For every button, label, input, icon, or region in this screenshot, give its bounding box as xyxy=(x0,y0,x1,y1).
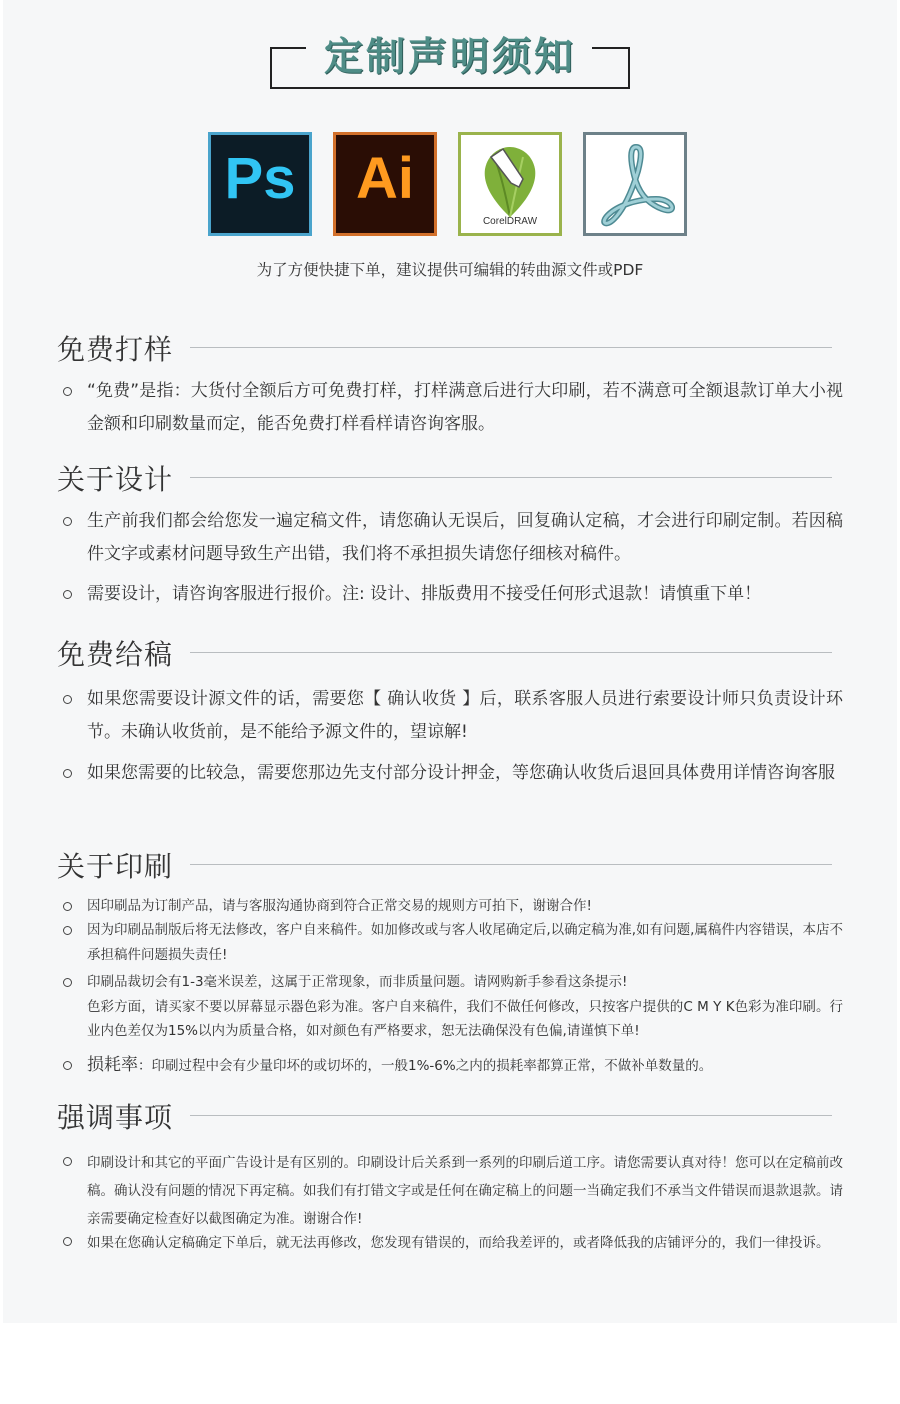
section-divider xyxy=(190,652,832,653)
bullet-icon xyxy=(63,387,72,396)
pdf-icon xyxy=(583,132,687,236)
section-divider xyxy=(190,864,832,865)
bullet-icon xyxy=(63,902,72,911)
list-item: 印刷设计和其它的平面广告设计是有区别的。印刷设计后关系到一系列的印刷后道工序。请… xyxy=(63,1149,843,1233)
list-item: “免费”是指：大货付全额后方可免费打样，打样满意后进行大印刷，若不满意可全额退款… xyxy=(63,375,843,441)
list-item: 需要设计，请咨询客服进行报价。注: 设计、排版费用不接受任何形式退款！请慎重下单… xyxy=(63,578,843,611)
page-title: 定制声明须知 xyxy=(300,26,600,82)
list-item: 因印刷品为订制产品，请与客服沟通协商到符合正常交易的规则方可拍下，谢谢合作! xyxy=(63,894,843,919)
bullet-icon xyxy=(63,517,72,526)
list-item: 如果在您确认定稿确定下单后，就无法再修改，您发现有错误的，而给我差评的，或者降低… xyxy=(63,1229,843,1257)
list-item: 如果您需要的比较急，需要您那边先支付部分设计押金，等您确认收货后退回具体费用详情… xyxy=(63,757,843,790)
bullet-icon xyxy=(63,1157,72,1166)
section-divider xyxy=(190,477,832,478)
list-item: 因为印刷品制版后将无法修改，客户自来稿件。如加修改或与客人收尾确定后,以确定稿为… xyxy=(63,918,843,967)
bullet-icon xyxy=(63,978,72,987)
bullet-icon xyxy=(63,926,72,935)
list-item: 生产前我们都会给您发一遍定稿文件，请您确认无误后，回复确认定稿，才会进行印刷定制… xyxy=(63,505,843,571)
bullet-icon xyxy=(63,590,72,599)
software-icons: Ps Ai CorelDRAW xyxy=(208,132,687,236)
illustrator-icon: Ai xyxy=(333,132,437,236)
bullet-icon xyxy=(63,1237,72,1246)
bullet-icon xyxy=(63,695,72,704)
section-heading-emphasis: 强调事项 xyxy=(57,1096,173,1136)
list-item: 如果您需要设计源文件的话，需要您【 确认收货 】后，联系客服人员进行索要设计师只… xyxy=(63,683,843,749)
coreldraw-icon: CorelDRAW xyxy=(458,132,562,236)
bullet-icon xyxy=(63,769,72,778)
list-item-loss-rate: 损耗率：印刷过程中会有少量印坏的或切坏的，一般1%-6%之内的损耗率都算正常，不… xyxy=(63,1053,843,1079)
photoshop-icon: Ps xyxy=(208,132,312,236)
section-heading-printing: 关于印刷 xyxy=(57,845,173,885)
section-heading-design: 关于设计 xyxy=(57,458,173,498)
section-heading-free-source: 免费给稿 xyxy=(57,633,173,673)
section-divider xyxy=(190,1115,832,1116)
file-format-hint: 为了方便快捷下单，建议提供可编辑的转曲源文件或PDF xyxy=(0,258,900,280)
section-divider xyxy=(190,347,832,348)
section-heading-free-sample: 免费打样 xyxy=(57,328,173,368)
bullet-icon xyxy=(63,1061,72,1070)
list-item: 印刷品裁切会有1-3毫米误差，这属于正常现象，而非质量问题。请网购新手参看这条提… xyxy=(63,970,843,1044)
